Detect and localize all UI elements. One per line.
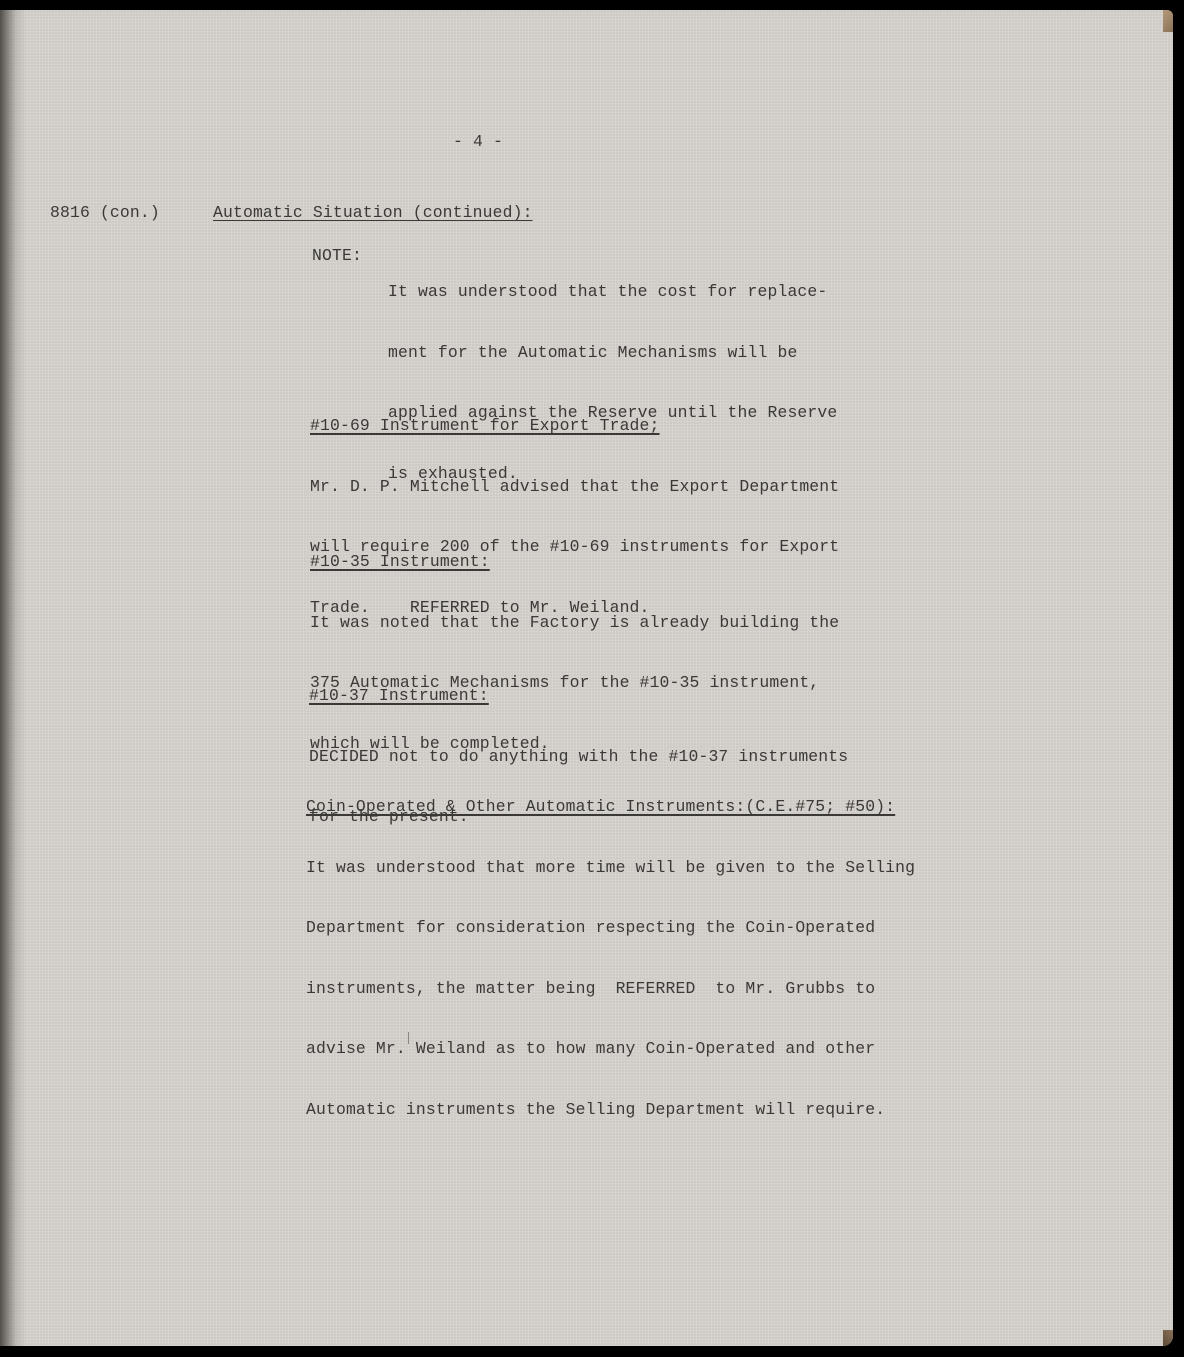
section-heading: Coin-Operated & Other Automatic Instrume… — [306, 796, 915, 819]
paper-mark — [408, 1032, 409, 1044]
document-page: - 4 - 8816 (con.) Automatic Situation (c… — [0, 10, 1173, 1346]
section-coin-operated: Coin-Operated & Other Automatic Instrume… — [306, 758, 915, 1159]
note-label: NOTE: — [312, 246, 362, 265]
section-line: It was noted that the Factory is already… — [310, 612, 839, 635]
note-line: It was understood that the cost for repl… — [388, 281, 837, 304]
section-line: Mr. D. P. Mitchell advised that the Expo… — [310, 476, 839, 499]
section-title: Automatic Situation (continued): — [213, 203, 533, 222]
page-corner-bottom-right — [1163, 1330, 1173, 1346]
section-line: advise Mr. Weiland as to how many Coin-O… — [306, 1038, 915, 1061]
section-line: Automatic instruments the Selling Depart… — [306, 1099, 915, 1122]
section-heading: #10-37 Instrument: — [309, 685, 848, 708]
section-line: instruments, the matter being REFERRED t… — [306, 978, 915, 1001]
section-heading: #10-35 Instrument: — [310, 551, 839, 574]
section-line: It was understood that more time will be… — [306, 857, 915, 880]
page-number: - 4 - — [453, 132, 503, 151]
section-heading: #10-69 Instrument for Export Trade; — [310, 415, 839, 438]
section-line: Department for consideration respecting … — [306, 917, 915, 940]
page-corner-top-right — [1163, 10, 1173, 32]
note-line: ment for the Automatic Mechanisms will b… — [388, 342, 837, 365]
item-number: 8816 (con.) — [50, 203, 160, 222]
